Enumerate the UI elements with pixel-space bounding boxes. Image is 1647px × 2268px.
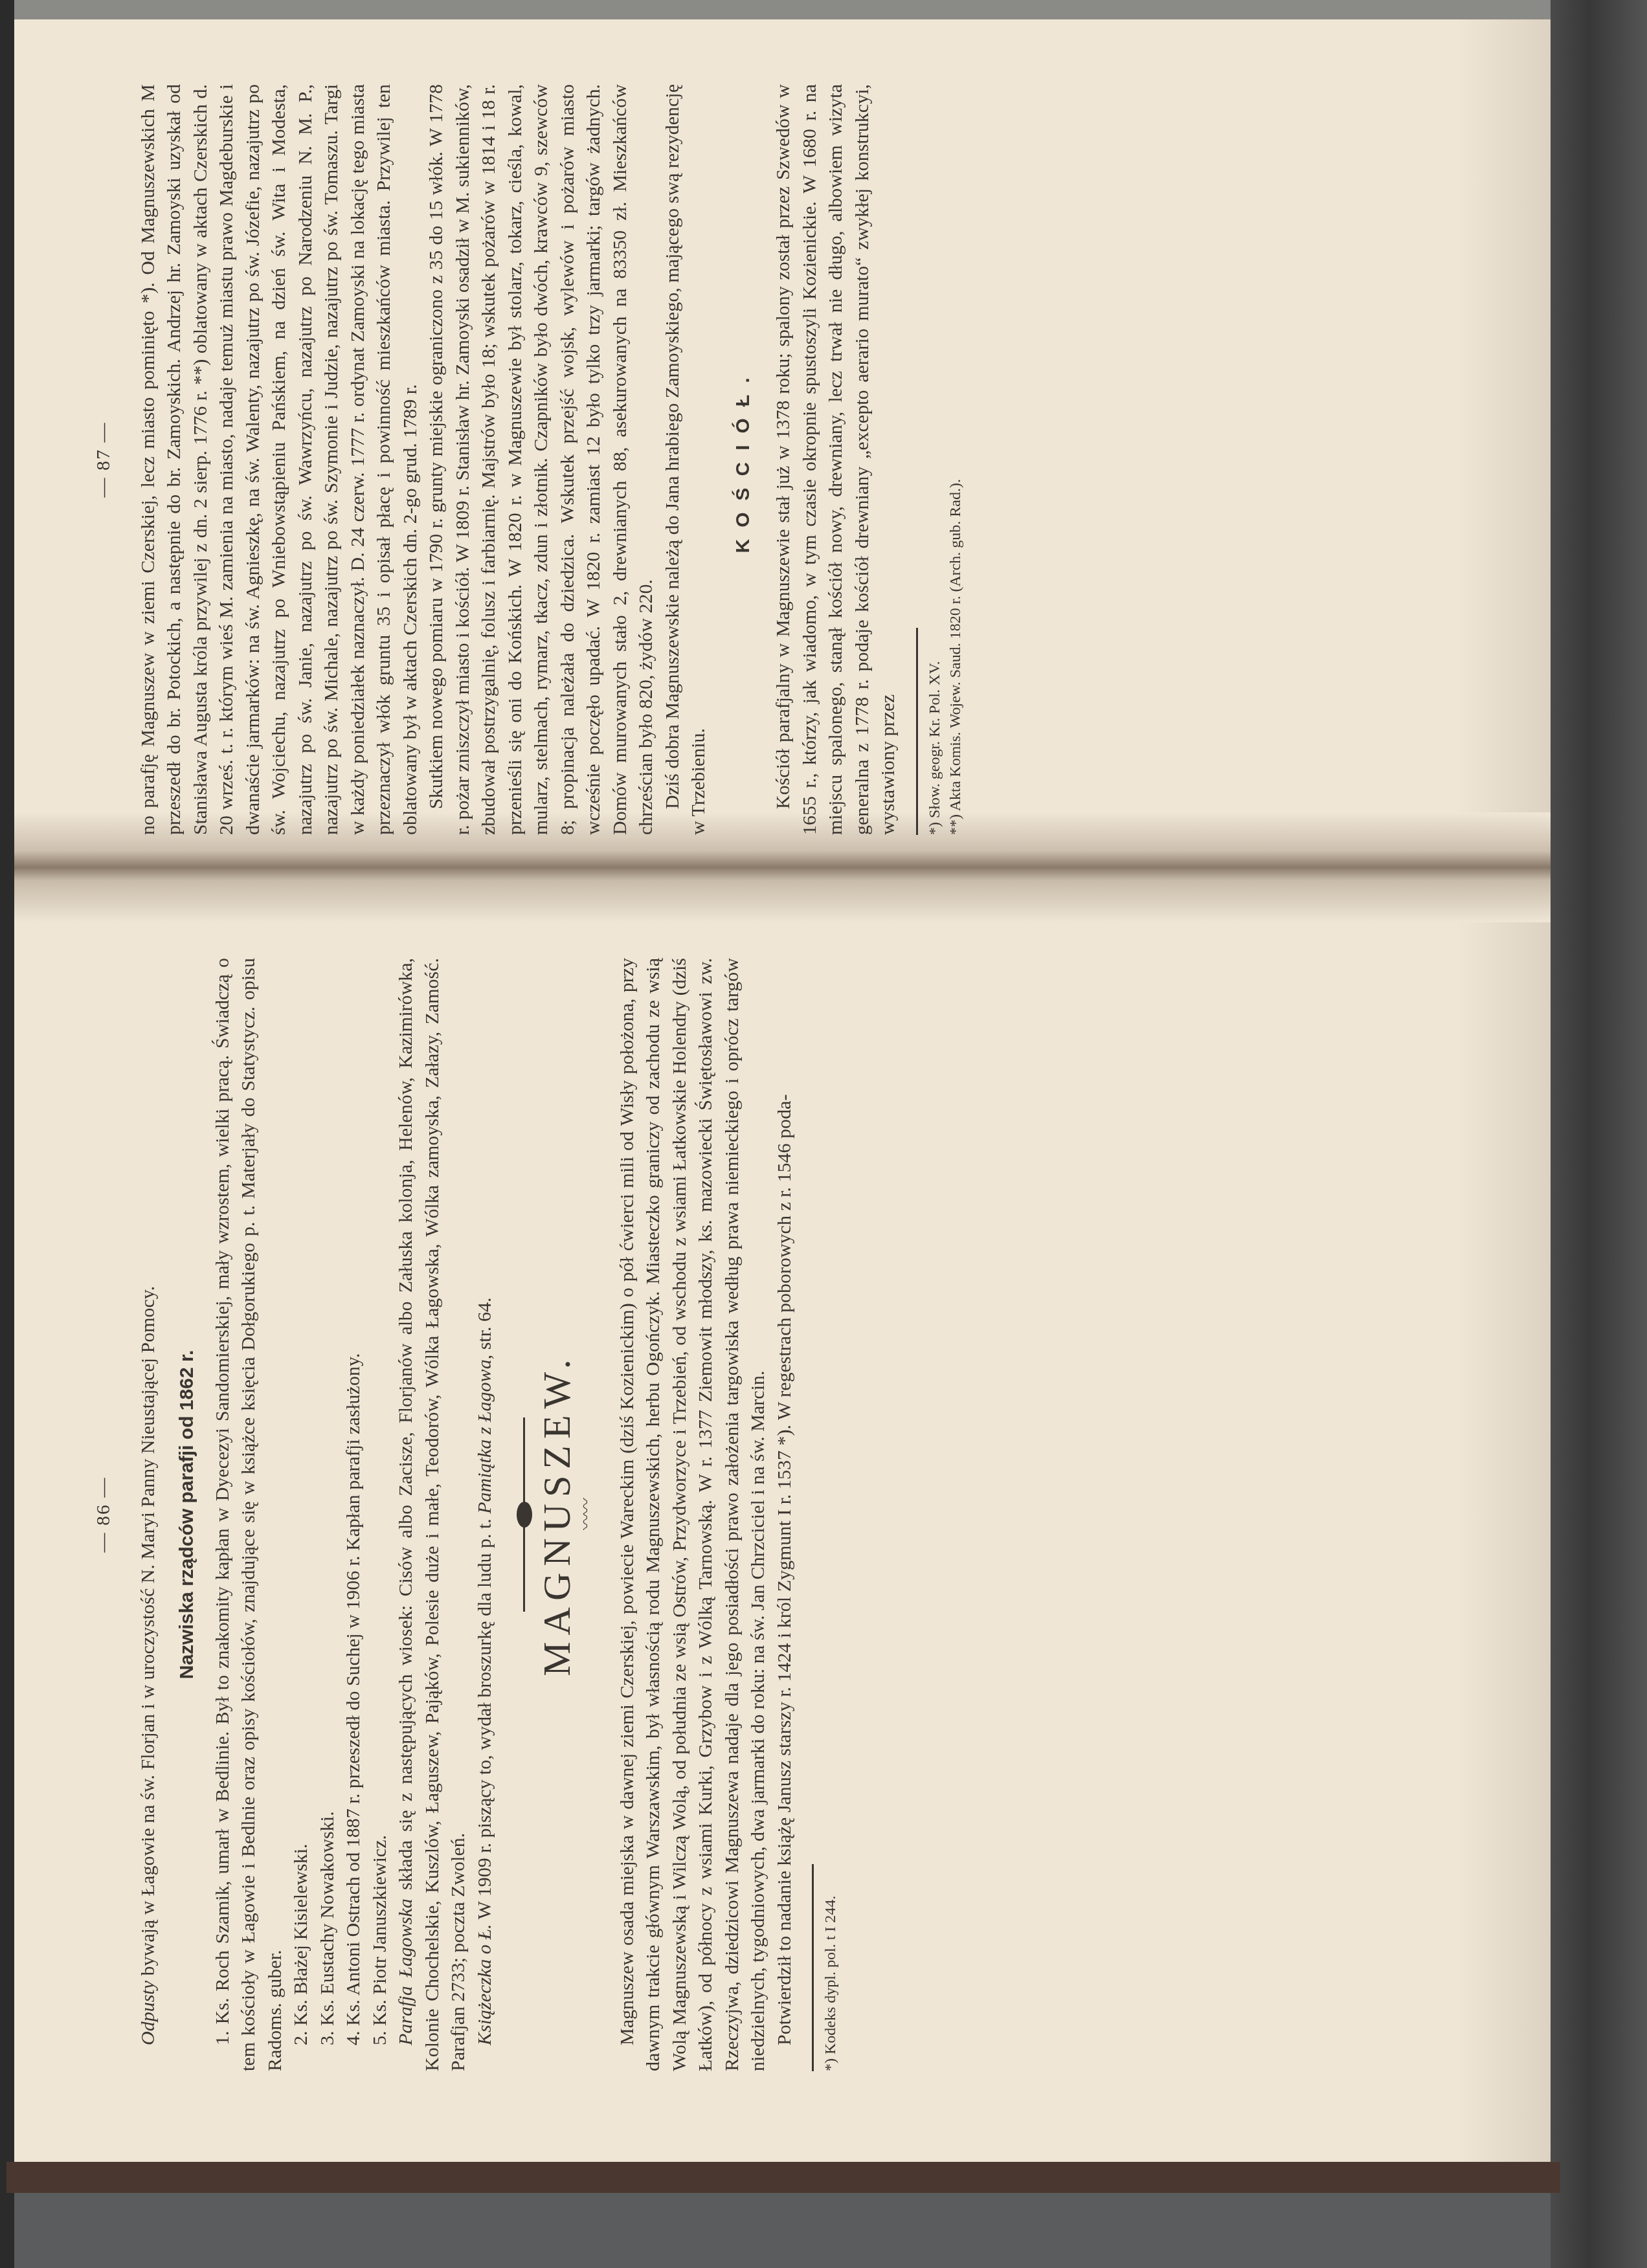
paragraph-privileges: no parafję Magnuszew w ziemi Czerskiej, … [135,84,424,835]
paragraph-church: Kościół parafjalny w Magnuszewie stał ju… [770,84,902,835]
footnote: **) Akta Komis. Wojew. Saud. 1820 r. (Ar… [945,84,966,835]
list-item-rector: 3. Ks. Eustachy Nowakowski. [315,958,341,2071]
italic-term: Odpusty [137,1981,159,2045]
page-number: — 86 — [91,958,117,2071]
paragraph-measurement: Skutkiem nowego pomiaru w 1790 r. grunty… [423,84,660,835]
scanner-background-right [1551,0,1647,2268]
squiggle-ornament: 〰〰 [574,958,600,2071]
italic-term: Książeczka o Ł. [474,1924,495,2046]
scanner-edge-left [0,0,14,2268]
paragraph-text: , str. 64. [474,1298,495,1360]
chapter-title: MAGNUSZEW. [544,958,570,2071]
footnote-divider [916,628,918,835]
paragraph-ksiazeczka: Książeczka o Ł. W 1909 r. piszący to, wy… [472,958,499,2071]
italic-term: Parafja Łagowska [395,1898,416,2045]
page-number: — 87 — [91,84,117,835]
footnote: *) Kodeks dypl. pol. t I 244. [820,958,841,2071]
paragraph-text: W 1909 r. piszący to, wydał broszurkę dl… [474,1514,495,1924]
list-item-rector: 2. Ks. Błażej Kisielewski. [288,958,315,2071]
paragraph-ownership: Dziś dobra Magnuszewskie należą do Jana … [660,84,712,835]
paragraph-parafja: Parafja Łagowska składa się z następując… [393,958,472,2071]
paragraph-text: bywają w Łagowie na św. Florjan i w uroc… [137,1286,159,1981]
italic-title: Pamiątka z Łagowa [474,1359,495,1513]
footnote-divider [812,1864,814,2071]
list-item-rector: 4. Ks. Antoni Ostrach od 1887 r. przesze… [341,958,367,2071]
page-87: — 87 — no parafję Magnuszew w ziemi Czer… [91,84,1483,835]
scanner-edge-top [0,0,1647,19]
ornament-divider [510,958,536,2071]
paragraph-magnuszew: Magnuszew osada miejska w dawnej ziemi C… [614,958,772,2071]
footnote: *) Słow. geogr. Kr. Pol. XV. [924,84,945,835]
ornament-rule-icon [523,1417,525,1612]
page-86: — 86 — Odpusty bywają w Łagowie na św. F… [91,958,1483,2071]
section-heading-kosciol: KOŚCIÓŁ. [730,84,757,835]
list-item-rector: 5. Ks. Piotr Januszkiewicz. [367,958,394,2071]
list-item-rector: 1. Ks. Roch Szamik, umarł w Bedlinie. By… [210,958,289,2071]
paragraph-confirmation: Potwierdził to nadanie książę Janusz sta… [772,958,798,2071]
paragraph-odpusty: Odpusty bywają w Łagowie na św. Florjan … [135,958,162,2071]
heading-rectors: Nazwiska rządców parafji od 1862 r. [174,958,201,2071]
book-cover-edge [6,2162,1560,2193]
